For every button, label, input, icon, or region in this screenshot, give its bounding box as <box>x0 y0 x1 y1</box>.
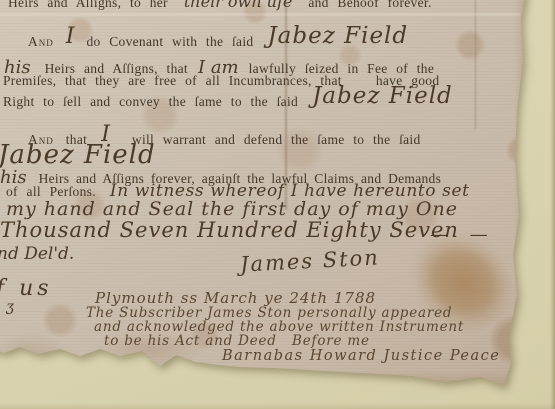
printed-text: do Covenant with the ſaid <box>86 34 253 49</box>
mat-right-edge-shadow <box>550 0 555 409</box>
deed-line-witness3: Thousand Seven Hundred Eighty Seven — — <box>0 218 530 242</box>
justice-signature: Barnabas Howard Justice Peace <box>222 348 500 364</box>
handwritten-flourish-mark: ʒ <box>6 299 14 315</box>
photo-of-deed: { "colors": { "mat": "#d9d3b0", "paper":… <box>0 0 555 409</box>
margin-delivered-fragment: nd Del'd. <box>0 244 74 264</box>
handwritten-i: I <box>66 24 75 49</box>
printed-text: Right to ſell and convey the ſame to the… <box>3 94 298 109</box>
handwritten-witness-clause: my hand and Seal the first day of may On… <box>6 198 458 220</box>
handwritten-text: their own uſe <box>184 0 292 11</box>
deed-line-convey: Right to ſell and convey the ſame to the… <box>3 86 453 112</box>
handwritten-grantee-name: Jabez Field <box>267 23 408 49</box>
printed-and: And <box>28 34 54 49</box>
deed-line-warrant-name: Jabez Field <box>0 140 156 170</box>
vertical-fold-crease-right <box>474 0 477 130</box>
margin-flourish: ʒ <box>6 298 14 316</box>
printed-text: and Behoof forever. <box>308 0 431 10</box>
handwritten-grantee-name: Jabez Field <box>312 83 453 109</box>
printed-text: Heirs and Aſſigns, to her <box>8 0 168 10</box>
deed-line-witness2: my hand and Seal the first day of may On… <box>6 198 458 220</box>
deed-line-top-fragment: Heirs and Aſſigns, to her their own uſe … <box>8 0 432 12</box>
handwritten-margin-text: nd Del'd. <box>0 244 74 264</box>
handwritten-witness-clause: Thousand Seven Hundred Eighty Seven <box>0 218 459 242</box>
printed-text: of all Perſons. <box>6 184 96 199</box>
horizontal-fold-crease <box>0 13 520 16</box>
mat-bottom-shadow <box>0 403 555 409</box>
printed-text: will warrant and defend the ſame to the … <box>132 132 421 147</box>
handwritten-dashes: — — <box>430 224 496 245</box>
notary-line-5: Barnabas Howard Justice Peace <box>222 347 500 365</box>
deed-line-covenant: And I do Covenant with the ſaid Jabez Fi… <box>28 26 408 52</box>
handwritten-grantee-name: Jabez Field <box>0 140 156 170</box>
